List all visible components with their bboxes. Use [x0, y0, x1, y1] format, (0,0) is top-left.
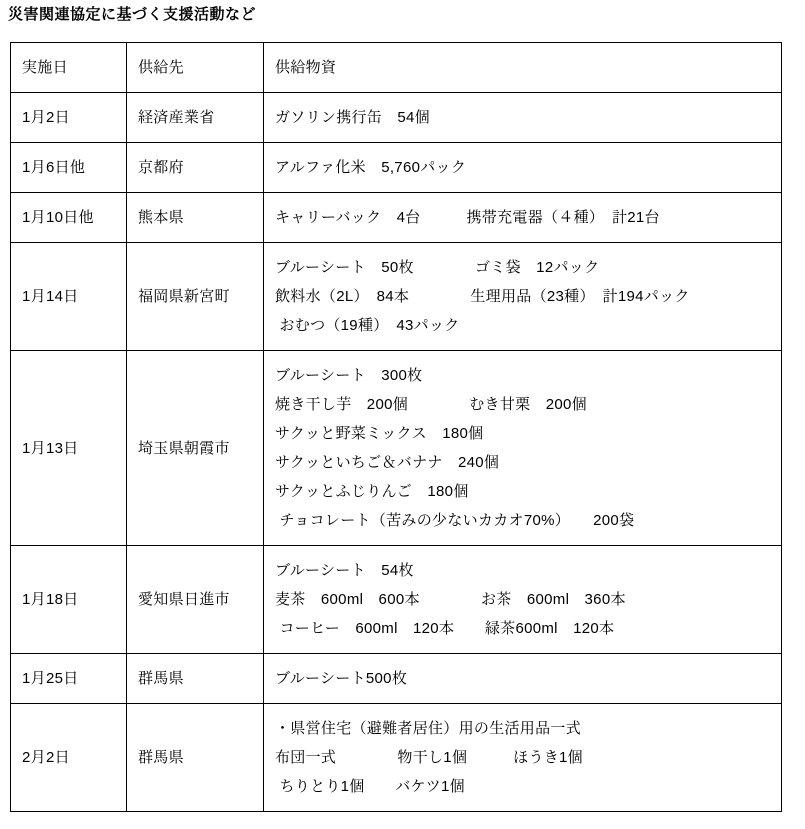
- header-row: 実施日 供給先 供給物資: [11, 43, 782, 93]
- item-line: サクッとふじりんご 180個: [275, 477, 775, 506]
- header-date: 実施日: [11, 43, 127, 93]
- table-row: 1月6日他 京都府 アルファ化米 5,760パック: [11, 143, 782, 193]
- destination-cell: 愛知県日進市: [127, 546, 264, 654]
- items-cell: ブルーシート 54枚麦茶 600ml 600本 お茶 600ml 360本 コー…: [264, 546, 782, 654]
- item-line: おむつ（19種） 43パック: [275, 311, 775, 340]
- item-line: コーヒー 600ml 120本 緑茶600ml 120本: [275, 614, 775, 643]
- table-row: 1月14日 福岡県新宮町 ブルーシート 50枚 ゴミ袋 12パック飲料水（2L）…: [11, 243, 782, 351]
- item-line: 布団一式 物干し1個 ほうき1個: [275, 743, 775, 772]
- table-row: 1月25日 群馬県 ブルーシート500枚: [11, 654, 782, 704]
- date-cell: 1月18日: [11, 546, 127, 654]
- header-destination: 供給先: [127, 43, 264, 93]
- date-cell: 1月6日他: [11, 143, 127, 193]
- table-row: 1月10日他 熊本県 キャリーバック 4台 携帯充電器（４種） 計21台: [11, 193, 782, 243]
- items-cell: キャリーバック 4台 携帯充電器（４種） 計21台: [264, 193, 782, 243]
- item-line: サクッと野菜ミックス 180個: [275, 419, 775, 448]
- items-cell: アルファ化米 5,760パック: [264, 143, 782, 193]
- items-cell: ブルーシート 50枚 ゴミ袋 12パック飲料水（2L） 84本 生理用品（23種…: [264, 243, 782, 351]
- item-line: ガソリン携行缶 54個: [275, 103, 775, 132]
- destination-cell: 京都府: [127, 143, 264, 193]
- table-body: 1月2日 経済産業省 ガソリン携行缶 54個 1月6日他 京都府 アルファ化米 …: [11, 93, 782, 812]
- item-line: ブルーシート 300枚: [275, 361, 775, 390]
- item-line: 焼き干し芋 200個 むき甘栗 200個: [275, 390, 775, 419]
- date-cell: 1月25日: [11, 654, 127, 704]
- date-cell: 1月13日: [11, 351, 127, 546]
- items-cell: ブルーシート500枚: [264, 654, 782, 704]
- item-line: ちりとり1個 バケツ1個: [275, 772, 775, 801]
- page: 災害関連協定に基づく支援活動など 実施日 供給先 供給物資 1月2日 経済産業省…: [0, 0, 805, 829]
- destination-cell: 群馬県: [127, 654, 264, 704]
- date-cell: 2月2日: [11, 704, 127, 812]
- items-cell: ・県営住宅（避難者居住）用の生活用品一式布団一式 物干し1個 ほうき1個 ちりと…: [264, 704, 782, 812]
- table-header: 実施日 供給先 供給物資: [11, 43, 782, 93]
- item-line: キャリーバック 4台 携帯充電器（４種） 計21台: [275, 203, 775, 232]
- item-line: ブルーシート 54枚: [275, 556, 775, 585]
- page-title: 災害関連協定に基づく支援活動など: [0, 0, 805, 23]
- date-cell: 1月2日: [11, 93, 127, 143]
- date-cell: 1月14日: [11, 243, 127, 351]
- table-row: 1月13日 埼玉県朝霞市 ブルーシート 300枚焼き干し芋 200個 むき甘栗 …: [11, 351, 782, 546]
- table-row: 2月2日 群馬県 ・県営住宅（避難者居住）用の生活用品一式布団一式 物干し1個 …: [11, 704, 782, 812]
- header-supplies: 供給物資: [264, 43, 782, 93]
- item-line: ブルーシート 50枚 ゴミ袋 12パック: [275, 253, 775, 282]
- items-cell: ガソリン携行缶 54個: [264, 93, 782, 143]
- item-line: 麦茶 600ml 600本 お茶 600ml 360本: [275, 585, 775, 614]
- item-line: 飲料水（2L） 84本 生理用品（23種） 計194パック: [275, 282, 775, 311]
- support-activities-table: 実施日 供給先 供給物資 1月2日 経済産業省 ガソリン携行缶 54個 1月6日…: [10, 42, 782, 812]
- destination-cell: 埼玉県朝霞市: [127, 351, 264, 546]
- item-line: アルファ化米 5,760パック: [275, 153, 775, 182]
- items-cell: ブルーシート 300枚焼き干し芋 200個 むき甘栗 200個サクッと野菜ミック…: [264, 351, 782, 546]
- destination-cell: 群馬県: [127, 704, 264, 812]
- item-line: チョコレート（苦みの少ないカカオ70%） 200袋: [275, 506, 775, 535]
- destination-cell: 熊本県: [127, 193, 264, 243]
- table-row: 1月18日 愛知県日進市 ブルーシート 54枚麦茶 600ml 600本 お茶 …: [11, 546, 782, 654]
- item-line: ブルーシート500枚: [275, 664, 775, 693]
- date-cell: 1月10日他: [11, 193, 127, 243]
- table-row: 1月2日 経済産業省 ガソリン携行缶 54個: [11, 93, 782, 143]
- destination-cell: 福岡県新宮町: [127, 243, 264, 351]
- destination-cell: 経済産業省: [127, 93, 264, 143]
- item-line: ・県営住宅（避難者居住）用の生活用品一式: [275, 714, 775, 743]
- item-line: サクッといちご＆バナナ 240個: [275, 448, 775, 477]
